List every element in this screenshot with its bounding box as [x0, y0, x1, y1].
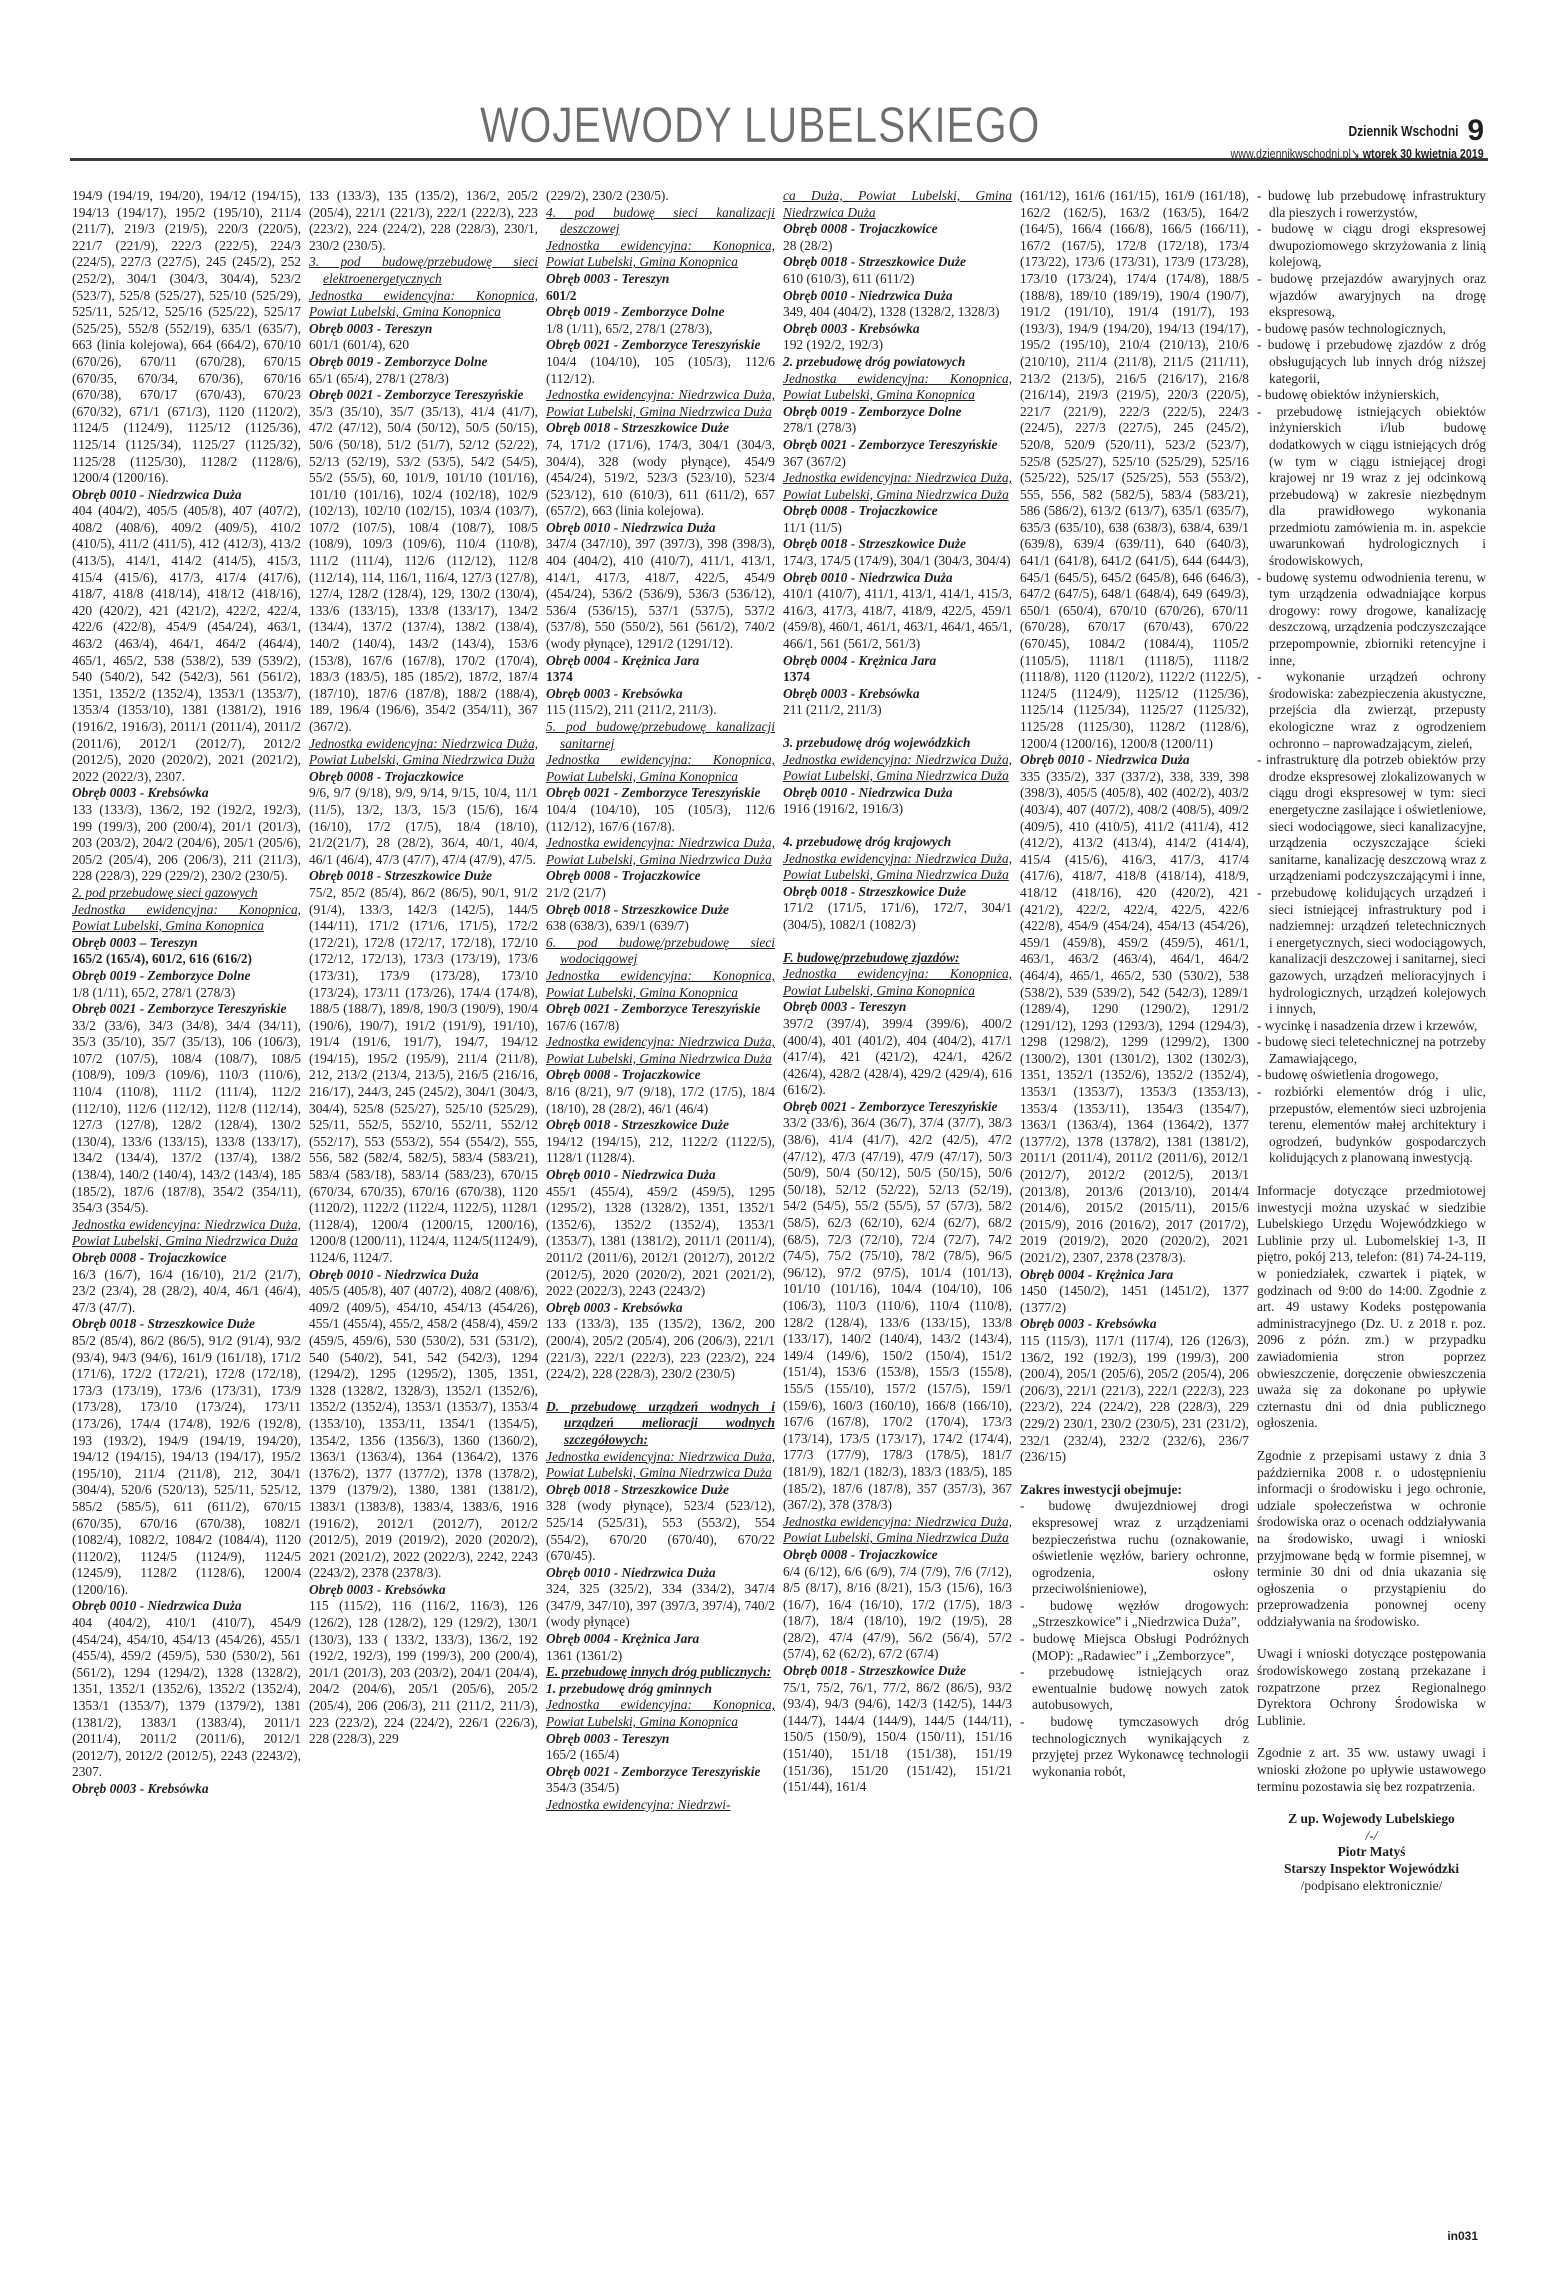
- obreb-label: Obręb 0018 - Strzeszkowice Duże: [546, 1482, 775, 1499]
- obreb-label: Obręb 0019 - Zemborzyce Dolne: [309, 354, 538, 371]
- parcel-list: 194/9 (194/19, 194/20), 194/12 (194/15),…: [72, 188, 301, 487]
- parcel-list: 75/1, 75/2, 76/1, 77/2, 86/2 (86/5), 93/…: [783, 1680, 1012, 1796]
- scope-list-item: budowę pasów technologicznych,: [1257, 321, 1486, 338]
- obreb-label: Obręb 0010 - Niedrzwica Duża: [783, 288, 1012, 305]
- signature-line: /-/: [1257, 1828, 1486, 1845]
- parcel-list: 21/2 (21/7): [546, 885, 775, 902]
- obreb-label: Obręb 0021 - Zemborzyce Tereszyńskie: [546, 1001, 775, 1018]
- obreb-label: Obręb 0018 - Strzeszkowice Duże: [783, 536, 1012, 553]
- obreb-label: Obręb 0021 - Zemborzyce Tereszyńskie: [72, 1001, 301, 1018]
- obreb-label: Obręb 0010 - Niedrzwica Duża: [783, 785, 1012, 802]
- scope-list-item: budowę sieci teletechnicznej na potrzeby…: [1257, 1034, 1486, 1067]
- jednostka-label: Jednostka ewidencyjna: Konopnica, Powiat…: [783, 966, 1012, 999]
- obreb-label: Obręb 0003 - Krebsówka: [783, 686, 1012, 703]
- parcel-list: 192 (192/2, 192/3): [783, 337, 1012, 354]
- parcel-list: 35/3 (35/10), 35/7 (35/13), 41/4 (41/7),…: [309, 404, 538, 736]
- parcel-list: 354/3 (354/5): [546, 1780, 775, 1797]
- obreb-label: Obręb 0008 - Trojaczkowice: [783, 1547, 1012, 1564]
- obreb-label: Obręb 0021 - Zemborzyce Tereszyńskie: [783, 437, 1012, 454]
- jednostka-label: Jednostka ewidencyjna: Konopnica, Powiat…: [72, 902, 301, 935]
- obreb-label: Obręb 0003 - Tereszyn: [309, 321, 538, 338]
- obreb-label: Obręb 0018 - Strzeszkowice Duże: [546, 902, 775, 919]
- scope-list-item: budowę i przebudowę zjazdów z dróg obsłu…: [1257, 337, 1486, 387]
- obreb-label: Obręb 0018 - Strzeszkowice Duże: [783, 884, 1012, 901]
- scope-list-item: budowę Miejsca Obsługi Podróżnych (MOP):…: [1020, 1631, 1249, 1664]
- jednostka-label: Jednostka ewidencyjna: Niedrzwica Duża, …: [546, 387, 775, 420]
- paragraph-gap: [783, 934, 1012, 950]
- parcel-list: 8/16 (8/21), 9/7 (9/18), 17/2 (17/5), 18…: [546, 1084, 775, 1117]
- scope-list-item: budowę w ciągu drogi ekspresowej dwupozi…: [1257, 221, 1486, 271]
- obreb-label: Obręb 0003 - Krebsówka: [72, 785, 301, 802]
- masthead: WOJEWODY LUBELSKIEGO Dziennik Wschodni 9…: [0, 0, 1558, 178]
- section-title: WOJEWODY LUBELSKIEGO: [480, 96, 1040, 154]
- scope-list-item: budowę obiektów inżynierskich,: [1257, 387, 1486, 404]
- parcel-list: 16/3 (16/7), 16/4 (16/10), 21/2 (21/7), …: [72, 1267, 301, 1317]
- obreb-label: Obręb 0019 - Zemborzyce Dolne: [783, 404, 1012, 421]
- parcel-list: 65/1 (65/4), 278/1 (278/3): [309, 371, 538, 388]
- jednostka-label: Jednostka ewidencyjna: Konopnica, Powiat…: [546, 752, 775, 785]
- parcel-list: Zgodnie z przepisami ustawy z dnia 3 paź…: [1257, 1448, 1486, 1631]
- parcel-list: 610 (610/3), 611 (611/2): [783, 271, 1012, 288]
- parcel-list: 167/6 (167/8): [546, 1018, 775, 1035]
- obreb-label: Obręb 0021 - Zemborzyce Tereszyńskie: [783, 1099, 1012, 1116]
- parcel-list: 404 (404/2), 410/1 (410/7), 454/9 (454/2…: [72, 1615, 301, 1781]
- obreb-label: Obręb 0019 - Zemborzyce Dolne: [72, 968, 301, 985]
- scope-list-item: budowę przejazdów awaryjnych oraz wjazdó…: [1257, 271, 1486, 321]
- parcel-list: 165/2 (165/4), 601/2, 616 (616/2): [72, 951, 301, 968]
- parcel-list: Zgodnie z art. 35 ww. ustawy uwagi i wni…: [1257, 1745, 1486, 1795]
- parcel-list: 328 (wody płynące), 523/4 (523/12), 525/…: [546, 1498, 775, 1564]
- obreb-label: Obręb 0010 - Niedrzwica Duża: [309, 1267, 538, 1284]
- parcel-list: 74, 171/2 (171/6), 174/3, 304/1 (304/3, …: [546, 437, 775, 520]
- section-heading: D. przebudowę urządzeń wodnych i urządze…: [546, 1399, 775, 1449]
- obreb-label: Obręb 0004 - Krężnica Jara: [546, 1631, 775, 1648]
- parcel-list: 115 (115/3), 117/1 (117/4), 126 (126/3),…: [1020, 1333, 1249, 1466]
- signature-line: Z up. Wojewody Lubelskiego: [1257, 1811, 1486, 1828]
- column-4: ca Duża, Powiat Lubelski, Gmina Niedrzwi…: [783, 188, 1012, 2228]
- obreb-label: Obręb 0019 - Zemborzyce Dolne: [546, 304, 775, 321]
- obreb-label: Obręb 0008 - Trojaczkowice: [783, 221, 1012, 238]
- paper-name: Dziennik Wschodni: [1349, 123, 1459, 140]
- paragraph-gap: [1257, 1630, 1486, 1646]
- parcel-list: 211 (211/2, 211/3): [783, 702, 1012, 719]
- obreb-label: Obręb 0004 - Krężnica Jara: [546, 653, 775, 670]
- jednostka-label: Jednostka ewidencyjna: Konopnica, Powiat…: [546, 1697, 775, 1730]
- subsection-heading: 2. przebudowę dróg powiatowych: [783, 354, 1012, 371]
- parcel-list: 194/12 (194/15), 212, 1122/2 (1122/5), 1…: [546, 1134, 775, 1167]
- scope-list-item: wykonanie urządzeń ochrony środowiska: z…: [1257, 669, 1486, 752]
- parcel-list: 1916 (1916/2, 1916/3): [783, 801, 1012, 818]
- parcel-list: 601/2: [546, 288, 775, 305]
- obreb-label: Obręb 0003 - Krebsówka: [72, 1781, 301, 1798]
- scope-list-item: przebudowę istniejących obiektów inżynie…: [1257, 404, 1486, 570]
- obreb-label: Obręb 0003 - Krebsówka: [546, 1300, 775, 1317]
- parcel-list: 1/8 (1/11), 65/2, 278/1 (278/3): [72, 985, 301, 1002]
- obreb-label: Obręb 0018 - Strzeszkowice Duże: [72, 1316, 301, 1333]
- obreb-label: Obręb 0010 - Niedrzwica Duża: [546, 1167, 775, 1184]
- parcel-list: 1361 (1361/2): [546, 1648, 775, 1665]
- jednostka-label: Jednostka ewidencyjna: Konopnica, Powiat…: [783, 371, 1012, 404]
- scope-list-item: budowę węzłów drogowych: „Strzeszkowice”…: [1020, 1598, 1249, 1631]
- signature-block: Z up. Wojewody Lubelskiego/-/Piotr Matyś…: [1257, 1811, 1486, 1894]
- obreb-label: Obręb 0010 - Niedrzwica Duża: [72, 487, 301, 504]
- obreb-label: Obręb 0003 – Tereszyn: [72, 935, 301, 952]
- article-columns: 194/9 (194/19, 194/20), 194/12 (194/15),…: [72, 188, 1488, 2228]
- column-5: (161/12), 161/6 (161/15), 161/9 (161/18)…: [1020, 188, 1249, 2228]
- section-heading: F. budowę/przebudowę zjazdów:: [783, 950, 1012, 967]
- subsection-heading: 4. przebudowę dróg krajowych: [783, 834, 1012, 851]
- jednostka-label: Jednostka ewidencyjna: Niedrzwica Duża, …: [783, 851, 1012, 884]
- paragraph-gap: [783, 719, 1012, 735]
- parcel-list: 1374: [783, 669, 1012, 686]
- parcel-list: 410/1 (410/7), 411/1, 413/1, 414/1, 415/…: [783, 586, 1012, 652]
- parcel-list: 33/2 (33/6), 36/4 (36/7), 37/4 (37/7), 3…: [783, 1115, 1012, 1513]
- scope-list-item: rozbiórki elementów dróg i ulic, przepus…: [1257, 1084, 1486, 1167]
- obreb-label: Obręb 0018 - Strzeszkowice Duże: [309, 868, 538, 885]
- obreb-label: Obręb 0010 - Niedrzwica Duża: [72, 1598, 301, 1615]
- signature-line: /podpisano elektronicznie/: [1257, 1878, 1486, 1895]
- scope-list-item: budowę oświetlenia drogowego,: [1257, 1067, 1486, 1084]
- obreb-label: Obręb 0003 - Tereszyn: [546, 271, 775, 288]
- obreb-label: Obręb 0003 - Krebsówka: [783, 321, 1012, 338]
- parcel-list: 455/1 (455/4), 459/2 (459/5), 1295 (1295…: [546, 1184, 775, 1300]
- obreb-label: Obręb 0008 - Trojaczkowice: [783, 503, 1012, 520]
- scope-list-item: budowę lub przebudowę infrastruktury dla…: [1257, 188, 1486, 221]
- obreb-label: Obręb 0003 - Krebsówka: [546, 686, 775, 703]
- jednostka-label: Jednostka ewidencyjna: Niedrzwi-: [546, 1797, 775, 1814]
- scope-list-item: przebudowę kolidujących urządzeń i sieci…: [1257, 885, 1486, 1018]
- parcel-list: 85/2 (85/4), 86/2 (86/5), 91/2 (91/4), 9…: [72, 1333, 301, 1599]
- ad-code: in031: [1447, 2229, 1478, 2243]
- obreb-label: Obręb 0010 - Niedrzwica Duża: [546, 1565, 775, 1582]
- column-6: budowę lub przebudowę infrastruktury dla…: [1257, 188, 1486, 2228]
- parcel-list: 349, 404 (404/2), 1328 (1328/2, 1328/3): [783, 304, 1012, 321]
- obreb-label: Obręb 0008 - Trojaczkowice: [546, 1067, 775, 1084]
- signature-line: Piotr Matyś: [1257, 1844, 1486, 1861]
- scope-list-item: wycinkę i nasadzenia drzew i krzewów,: [1257, 1018, 1486, 1035]
- subsection-heading: 2. pod przebudowę sieci gazowych: [72, 885, 301, 902]
- obreb-label: Obręb 0004 - Krężnica Jara: [783, 653, 1012, 670]
- parcel-list: 104/4 (104/10), 105 (105/3), 112/6 (112/…: [546, 802, 775, 835]
- obreb-label: Obręb 0021 - Zemborzyce Tereszyńskie: [309, 387, 538, 404]
- parcel-list: 9/6, 9/7 (9/18), 9/9, 9/14, 9/15, 10/4, …: [309, 785, 538, 868]
- scope-list-item: infrastrukturę dla potrzeb obiektów przy…: [1257, 752, 1486, 885]
- jednostka-label: Jednostka ewidencyjna: Konopnica, Powiat…: [309, 288, 538, 321]
- obreb-label: Obręb 0003 - Krebsówka: [1020, 1316, 1249, 1333]
- parcel-list: 174/3, 174/5 (174/9), 304/1 (304/3, 304/…: [783, 553, 1012, 570]
- parcel-list: 397/2 (397/4), 399/4 (399/6), 400/2 (400…: [783, 1016, 1012, 1099]
- parcel-list: (229/2), 230/2 (230/5).: [546, 188, 775, 205]
- parcel-list: 104/4 (104/10), 105 (105/3), 112/6 (112/…: [546, 354, 775, 387]
- paragraph-gap: [1257, 1729, 1486, 1745]
- jednostka-label: Jednostka ewidencyjna: Niedrzwica Duża, …: [783, 470, 1012, 503]
- parcel-list: 11/1 (11/5): [783, 520, 1012, 537]
- paragraph-gap: [783, 818, 1012, 834]
- obreb-label: Obręb 0021 - Zemborzyce Tereszyńskie: [546, 785, 775, 802]
- subsection-heading: 4. pod budowę sieci kanalizacji deszczow…: [546, 205, 775, 238]
- column-3: (229/2), 230/2 (230/5).4. pod budowę sie…: [546, 188, 775, 2228]
- obreb-label: Obręb 0018 - Strzeszkowice Duże: [783, 1663, 1012, 1680]
- obreb-label: Obręb 0010 - Niedrzwica Duża: [1020, 752, 1249, 769]
- subsection-heading: 3. pod budowę/przebudowę sieci elektroen…: [309, 254, 538, 287]
- scope-list-item: budowę tymczasowych dróg technologicznyc…: [1020, 1714, 1249, 1780]
- page-number: 9: [1467, 114, 1484, 147]
- parcel-list: 1/8 (1/11), 65/2, 278/1 (278/3),: [546, 321, 775, 338]
- obreb-label: Obręb 0018 - Strzeszkowice Duże: [546, 1117, 775, 1134]
- jednostka-label: Jednostka ewidencyjna: Konopnica, Powiat…: [546, 968, 775, 1001]
- parcel-list: 601/1 (601/4), 620: [309, 337, 538, 354]
- scope-list-item: budowę systemu odwodnienia terenu, w tym…: [1257, 570, 1486, 670]
- obreb-label: Obręb 0008 - Trojaczkowice: [72, 1250, 301, 1267]
- obreb-label: Obręb 0003 - Krebsówka: [309, 1582, 538, 1599]
- jednostka-label: ca Duża, Powiat Lubelski, Gmina Niedrzwi…: [783, 188, 1012, 221]
- jednostka-label: Jednostka ewidencyjna: Konopnica, Powiat…: [546, 238, 775, 271]
- parcel-list: 1450 (1450/2), 1451 (1451/2), 1377 (1377…: [1020, 1283, 1249, 1316]
- paragraph-gap: [1257, 1432, 1486, 1448]
- parcel-list: 335 (335/2), 337 (337/2), 338, 339, 398 …: [1020, 769, 1249, 1267]
- paragraph-gap: [1020, 1466, 1249, 1482]
- jednostka-label: Jednostka ewidencyjna: Niedrzwica Duża, …: [72, 1217, 301, 1250]
- obreb-label: Obręb 0018 - Strzeszkowice Duże: [546, 420, 775, 437]
- subsection-heading: 6. pod budowę/przebudowę sieci wodociągo…: [546, 935, 775, 968]
- parcel-list: 133 (133/3), 135 (135/2), 136/2, 200 (20…: [546, 1316, 775, 1382]
- parcel-list: 347/4 (347/10), 397 (397/3), 398 (398/3)…: [546, 536, 775, 652]
- jednostka-label: Jednostka ewidencyjna: Niedrzwica Duża, …: [309, 736, 538, 769]
- parcel-list: Informacje dotyczące przedmiotowej inwes…: [1257, 1183, 1486, 1432]
- scope-list-item: przebudowę istniejących oraz ewentualnie…: [1020, 1664, 1249, 1714]
- parcel-list: 638 (638/3), 639/1 (639/7): [546, 918, 775, 935]
- subsection-heading: 3. przebudowę dróg wojewódzkich: [783, 735, 1012, 752]
- obreb-label: Obręb 0021 - Zemborzyce Tereszyńskie: [546, 337, 775, 354]
- parcel-list: 405/5 (405/8), 407 (407/2), 408/2 (408/6…: [309, 1283, 538, 1582]
- paragraph-gap: [1257, 1167, 1486, 1183]
- paragraph-gap: [546, 1383, 775, 1399]
- obreb-label: Obręb 0004 - Krężnica Jara: [1020, 1267, 1249, 1284]
- section-heading: E. przebudowę innych dróg publicznych:: [546, 1664, 775, 1681]
- column-2: 133 (133/3), 135 (135/2), 136/2, 205/2 (…: [309, 188, 538, 2228]
- parcel-list: Uwagi i wnioski dotyczące postępowania ś…: [1257, 1646, 1486, 1729]
- parcel-list: 6/4 (6/12), 6/6 (6/9), 7/4 (7/9), 7/6 (7…: [783, 1564, 1012, 1664]
- subsection-heading: 1. przebudowę dróg gminnych: [546, 1681, 775, 1698]
- parcel-list: 404 (404/2), 405/5 (405/8), 407 (407/2),…: [72, 503, 301, 785]
- column-1: 194/9 (194/19, 194/20), 194/12 (194/15),…: [72, 188, 301, 2228]
- signature-line: Starszy Inspektor Wojewódzki: [1257, 1861, 1486, 1878]
- parcel-list: 133 (133/3), 136/2, 192 (192/2, 192/3), …: [72, 802, 301, 885]
- obreb-label: Obręb 0021 - Zemborzyce Tereszyńskie: [546, 1764, 775, 1781]
- parcel-list: 115 (115/2), 211 (211/2, 211/3).: [546, 702, 775, 719]
- obreb-label: Obręb 0010 - Niedrzwica Duża: [546, 520, 775, 537]
- obreb-label: Obręb 0008 - Trojaczkowice: [309, 769, 538, 786]
- header-rule: [70, 158, 1488, 161]
- parcel-list: 33/2 (33/6), 34/3 (34/8), 34/4 (34/11), …: [72, 1018, 301, 1217]
- subsection-heading: 5. pod budowę/przebudowę kanalizacji san…: [546, 719, 775, 752]
- scope-list: budowę dwujezdniowej drogi ekspresowej w…: [1020, 1498, 1249, 1780]
- parcel-list: 28 (28/2): [783, 238, 1012, 255]
- jednostka-label: Jednostka ewidencyjna: Niedrzwica Duża, …: [546, 1034, 775, 1067]
- obreb-label: Obręb 0008 - Trojaczkowice: [546, 868, 775, 885]
- jednostka-label: Jednostka ewidencyjna: Niedrzwica Duża, …: [783, 752, 1012, 785]
- obreb-label: Obręb 0003 - Tereszyn: [783, 999, 1012, 1016]
- scope-list: budowę lub przebudowę infrastruktury dla…: [1257, 188, 1486, 1167]
- parcel-list: 133 (133/3), 135 (135/2), 136/2, 205/2 (…: [309, 188, 538, 254]
- scope-list-item: budowę dwujezdniowej drogi ekspresowej w…: [1020, 1498, 1249, 1598]
- parcel-list: 171/2 (171/5, 171/6), 172/7, 304/1 (304/…: [783, 900, 1012, 933]
- paragraph-gap: [1257, 1795, 1486, 1811]
- jednostka-label: Jednostka ewidencyjna: Niedrzwica Duża, …: [546, 1449, 775, 1482]
- parcel-list: 165/2 (165/4): [546, 1747, 775, 1764]
- parcel-list: 115 (115/2), 116 (116/2, 116/3), 126 (12…: [309, 1598, 538, 1747]
- parcel-list: 75/2, 85/2 (85/4), 86/2 (86/5), 90/1, 91…: [309, 885, 538, 1267]
- scope-heading: Zakres inwestycji obejmuje:: [1020, 1482, 1249, 1499]
- parcel-list: 367 (367/2): [783, 454, 1012, 471]
- parcel-list: 324, 325 (325/2), 334 (334/2), 347/4 (34…: [546, 1581, 775, 1631]
- paper-info: Dziennik Wschodni 9 www.dziennikwschodni…: [1175, 114, 1484, 162]
- jednostka-label: Jednostka ewidencyjna: Niedrzwica Duża, …: [783, 1514, 1012, 1547]
- obreb-label: Obręb 0010 - Niedrzwica Duża: [783, 570, 1012, 587]
- parcel-list: (161/12), 161/6 (161/15), 161/9 (161/18)…: [1020, 188, 1249, 752]
- obreb-label: Obręb 0003 - Tereszyn: [546, 1731, 775, 1748]
- parcel-list: 278/1 (278/3): [783, 420, 1012, 437]
- parcel-list: 1374: [546, 669, 775, 686]
- jednostka-label: Jednostka ewidencyjna: Niedrzwica Duża, …: [546, 835, 775, 868]
- obreb-label: Obręb 0018 - Strzeszkowice Duże: [783, 254, 1012, 271]
